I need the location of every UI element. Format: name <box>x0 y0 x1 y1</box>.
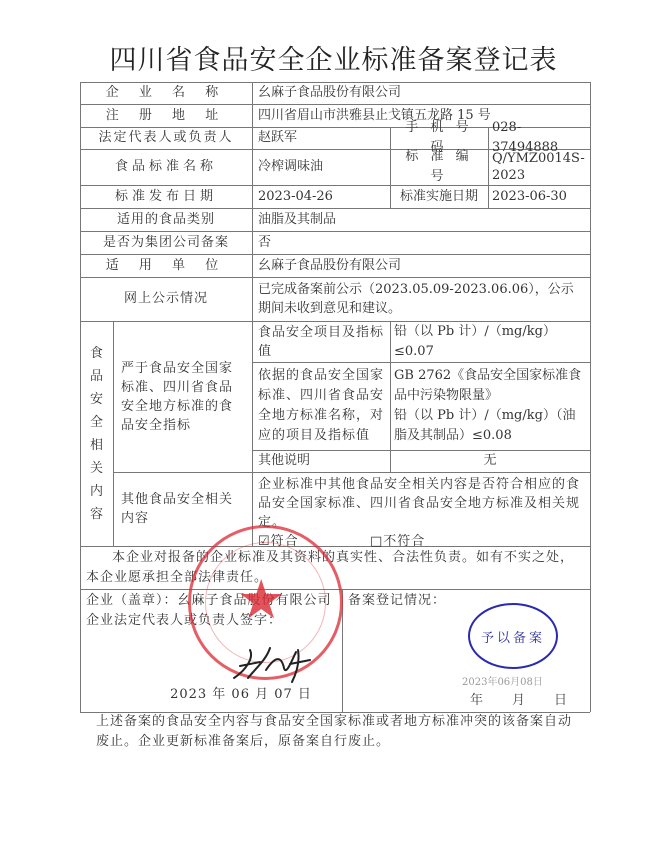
filing-stamp-date: 2023年06月08日 <box>462 673 543 693</box>
value-standard-code: Q/YMZ0014S- 2023 <box>488 149 590 185</box>
label-standard-code: 标 准 编 号 <box>390 149 488 185</box>
value-applicable-unit: 幺麻子食品股份有限公司 <box>252 254 590 277</box>
page-title: 四川省食品安全企业标准备案登记表 <box>0 38 667 77</box>
value-other-note: 无 <box>390 450 590 472</box>
handwritten-signature <box>226 640 316 685</box>
label-stricter-indicators: 严于食品安全国家标准、四川省食品安全地方标准的食品安全指标 <box>113 321 252 472</box>
label-other-note: 其他说明 <box>252 450 390 472</box>
label-standard-name: 食品标准名称 <box>80 149 252 185</box>
standard-code-line1: Q/YMZ0014S- <box>492 150 585 167</box>
label-category: 适用的食品类别 <box>80 208 252 231</box>
value-online-notice: 已完成备案前公示（2023.05.09-2023.06.06），公示期间未收到意… <box>252 277 590 321</box>
filing-label: 备案登记情况： <box>348 591 584 611</box>
value-phone: 028-37494888 <box>488 127 590 149</box>
value-group-filing: 否 <box>252 231 590 254</box>
value-impl-date: 2023-06-30 <box>488 185 590 208</box>
value-legal-rep: 赵跃军 <box>252 127 390 149</box>
label-safety-content: 食 品 安 全 相 关 内 容 <box>80 321 113 546</box>
label-impl-date: 标准实施日期 <box>390 185 488 208</box>
label-publish-date: 标准发布日期 <box>80 185 252 208</box>
value-publish-date: 2023-04-26 <box>252 185 390 208</box>
label-online-notice: 网上公示情况 <box>80 277 252 321</box>
value-safety-item: 铅（以 Pb 计）/（mg/kg）≤0.07 <box>390 321 590 362</box>
label-company-name: 企 业 名 称 <box>80 82 252 104</box>
value-category: 油脂及其制品 <box>252 208 590 231</box>
label-applicable-unit: 适 用 单 位 <box>80 254 252 277</box>
label-safety-item: 食品安全项目及指标值 <box>252 321 390 362</box>
standard-code-line2: 2023 <box>492 167 525 184</box>
label-legal-rep: 法定代表人或负责人 <box>80 127 252 149</box>
value-company-name: 幺麻子食品股份有限公司 <box>252 82 590 104</box>
star-icon: ★ <box>237 568 285 631</box>
approval-stamp: 予以备案 <box>468 603 558 669</box>
label-address: 注 册 地 址 <box>80 104 252 127</box>
basis-standard-name: GB 2762《食品安全国家标准食品中污染物限量》 <box>394 366 586 406</box>
filing-date-placeholder: 年 月 日 <box>470 691 568 711</box>
signature-date: 2023 年 06 月 07 日 <box>80 685 342 705</box>
value-standard-name: 冷榨调味油 <box>252 149 390 185</box>
value-basis-standard: GB 2762《食品安全国家标准食品中污染物限量》 铅（以 Pb 计）/（mg/… <box>390 362 590 450</box>
basis-standard-limit: 铅（以 Pb 计）/（mg/kg）（油脂及其制品）≤0.08 <box>394 406 586 446</box>
label-basis-standard: 依据的食品安全国家标准、四川省食品安全地方标准名称，对应的项目及指标值 <box>252 362 390 450</box>
label-phone: 手 机 号 码 <box>390 127 488 149</box>
other-content-question: 企业标准中其他食品安全相关内容是否符合相应的食品安全国家标准、四川省食品安全地方… <box>258 475 584 532</box>
label-group-filing: 是否为集团公司备案 <box>80 231 252 254</box>
footer-note: 上述备案的食品安全内容与食品安全国家标准或者地方标准冲突的该备案自动废止。企业更… <box>96 712 576 752</box>
